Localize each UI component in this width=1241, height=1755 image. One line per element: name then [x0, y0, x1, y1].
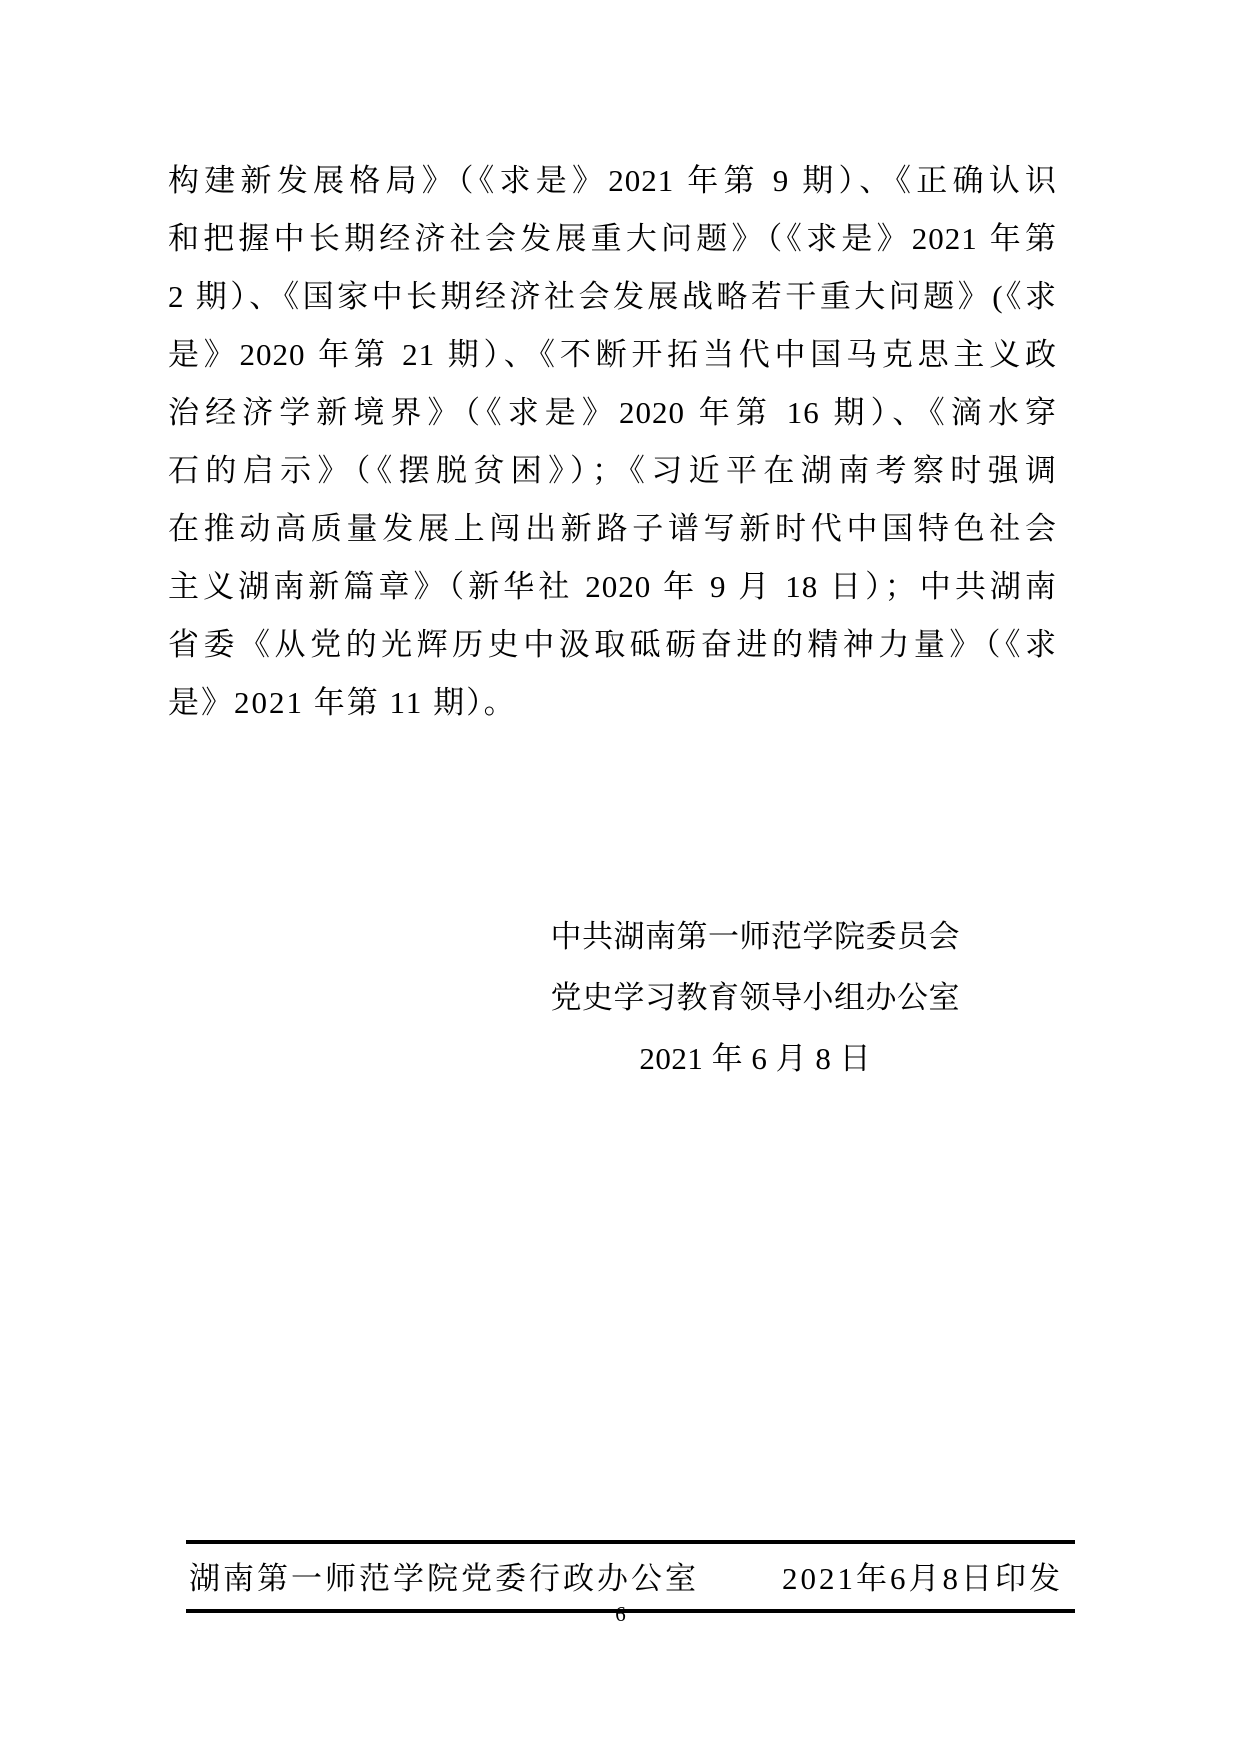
body-line: 主义湖南新篇章》（新华社 2020 年 9 月 18 日）；中共湖南	[168, 558, 1057, 616]
footer-print-date: 2021年6月8日印发	[782, 1553, 1063, 1598]
body-line: 和把握中长期经济社会发展重大问题》（《求是》2021 年第	[168, 210, 1057, 268]
signature-date: 2021 年 6 月 8 日	[551, 1028, 961, 1089]
body-line: 是》2020 年第 21 期）、《不断开拓当代中国马克思主义政	[168, 326, 1057, 384]
footer-issuer: 湖南第一师范学院党委行政办公室	[189, 1553, 699, 1598]
body-line: 2 期）、《国家中长期经济社会发展战略若干重大问题》(《求	[168, 268, 1057, 326]
body-line: 治经济学新境界》（《求是》2020 年第 16 期）、《滴水穿	[168, 384, 1057, 442]
body-line: 省委《从党的光辉历史中汲取砥砺奋进的精神力量》（《求	[168, 616, 1057, 674]
body-line: 在推动高质量发展上闯出新路子谱写新时代中国特色社会	[168, 500, 1057, 558]
signature-org-line-1: 中共湖南第一师范学院委员会	[551, 906, 961, 967]
body-text: 构建新发展格局》（《求是》2021 年第 9 期）、《正确认识 和把握中长期经济…	[168, 152, 1057, 732]
page-number: 6	[0, 1602, 1241, 1627]
signature-block: 中共湖南第一师范学院委员会 党史学习教育领导小组办公室 2021 年 6 月 8…	[551, 906, 961, 1089]
document-page: 构建新发展格局》（《求是》2021 年第 9 期）、《正确认识 和把握中长期经济…	[0, 0, 1241, 1755]
signature-org-line-2: 党史学习教育领导小组办公室	[551, 967, 961, 1028]
body-line: 石的启示》（《摆脱贫困》）；《习近平在湖南考察时强调	[168, 442, 1057, 500]
body-line: 是》2021 年第 11 期）。	[168, 674, 1057, 732]
body-line: 构建新发展格局》（《求是》2021 年第 9 期）、《正确认识	[168, 152, 1057, 210]
